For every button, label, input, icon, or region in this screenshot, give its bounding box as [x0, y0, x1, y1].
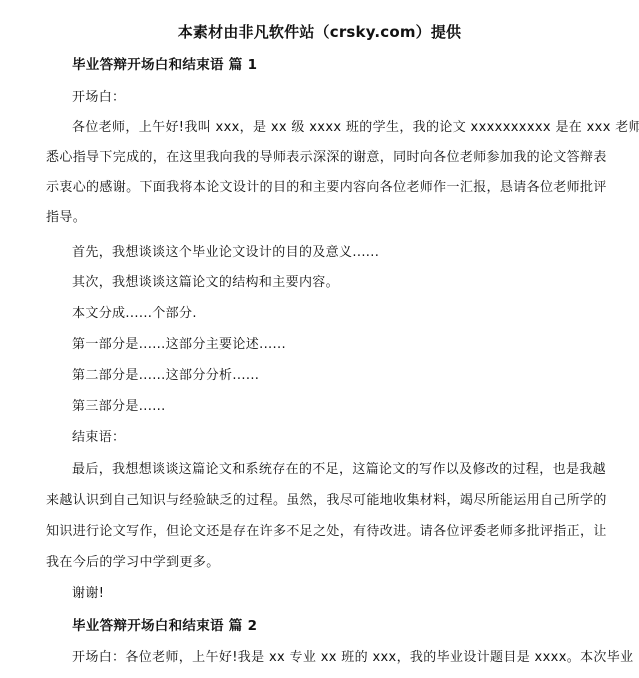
closing-paragraph-line: 知识进行论文写作，但论文还是存在许多不足之处，有待改进。请各位评委老师多批评指正…: [46, 522, 607, 542]
thanks-line: 谢谢!: [72, 584, 104, 604]
closing-paragraph-line: 来越认识到自己知识与经验缺乏的过程。虽然，我尽可能地收集材料，竭尽所能运用自己所…: [46, 491, 607, 511]
section-heading-2: 毕业答辩开场白和结束语 篇 2: [72, 616, 257, 636]
body-line: 首先，我想谈谈这个毕业论文设计的目的及意义......: [72, 243, 379, 263]
opening-paragraph-line: 悉心指导下完成的，在这里我向我的导师表示深深的谢意，同时向各位老师参加我的论文答…: [46, 148, 607, 168]
closing-paragraph-line: 最后，我想想谈谈这篇论文和系统存在的不足，这篇论文的写作以及修改的过程，也是我越: [72, 460, 606, 480]
body-line: 第一部分是......这部分主要论述......: [72, 335, 286, 355]
section-heading-1: 毕业答辩开场白和结束语 篇 1: [72, 55, 257, 75]
body-line: 本文分成......个部分.: [72, 304, 197, 324]
body-line: 其次，我想谈谈这篇论文的结构和主要内容。: [72, 273, 339, 293]
body-line: 第三部分是......: [72, 397, 166, 417]
body-line: 第二部分是......这部分分析......: [72, 366, 259, 386]
document-page: 本素材由非凡软件站（crsky.com）提供 毕业答辩开场白和结束语 篇 1 开…: [0, 0, 639, 678]
document-title: 本素材由非凡软件站（crsky.com）提供: [0, 21, 639, 43]
opening-line-2: 开场白：各位老师，上午好!我是 xx 专业 xx 班的 xxx，我的毕业设计题目…: [72, 648, 633, 668]
closing-label-1: 结束语：: [72, 428, 125, 448]
opening-paragraph-line: 各位老师，上午好!我叫 xxx，是 xx 级 xxxx 班的学生，我的论文 xx…: [72, 118, 639, 138]
opening-paragraph-line: 指导。: [46, 208, 86, 228]
closing-paragraph-line: 我在今后的学习中学到更多。: [46, 553, 220, 573]
opening-paragraph-line: 示衷心的感谢。下面我将本论文设计的目的和主要内容向各位老师作一汇报，恳请各位老师…: [46, 178, 607, 198]
opening-label-1: 开场白：: [72, 88, 125, 108]
